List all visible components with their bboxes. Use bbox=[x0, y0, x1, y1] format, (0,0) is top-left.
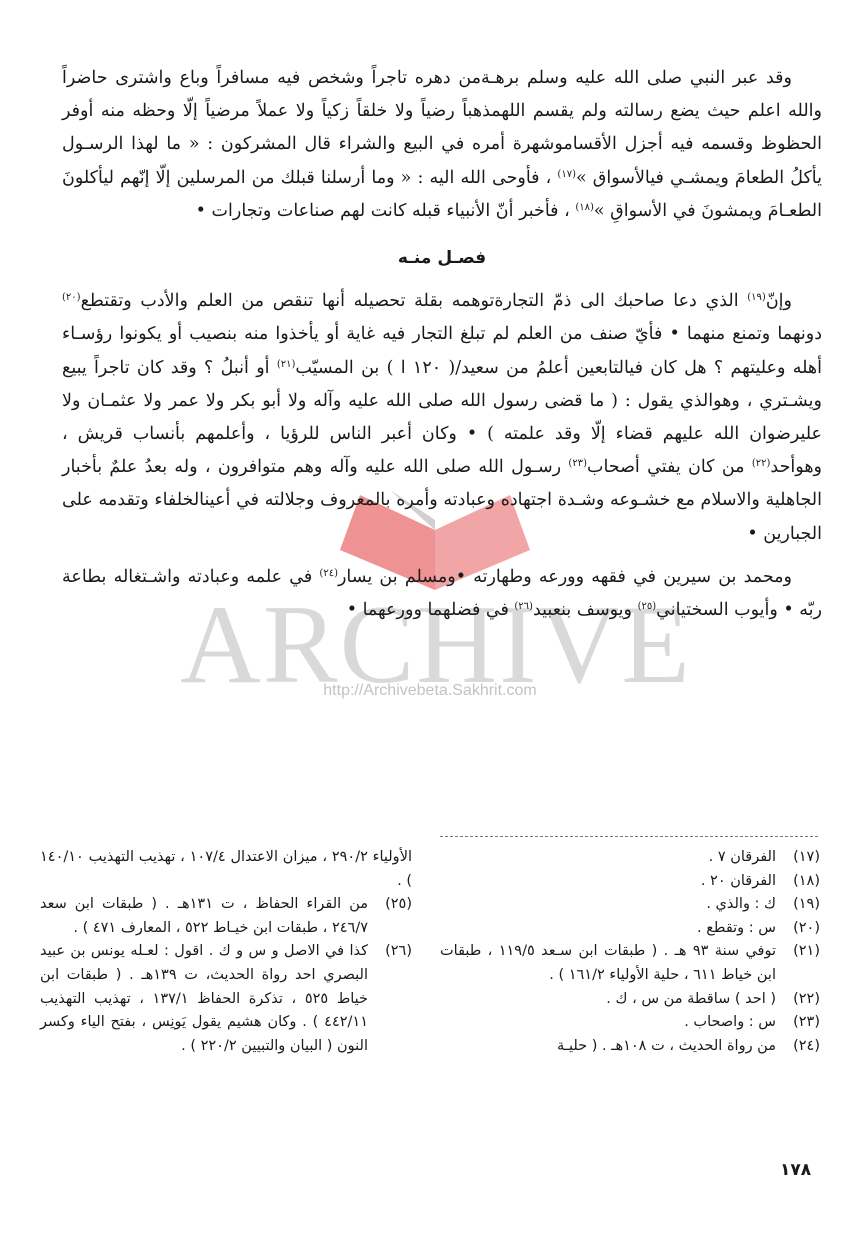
footnote-ref-23[interactable]: (٢٣) bbox=[568, 458, 587, 469]
footnote-number: (٢٠) bbox=[776, 917, 820, 941]
paragraph-text: ومحمد بن سيرين في فقهه وورعه وطهارته •وم… bbox=[338, 567, 792, 587]
footnote-text: من القراء الحفاظ ، ت ١٣١هـ . ( طبقات ابن… bbox=[40, 893, 368, 940]
footnote-ref-18[interactable]: (١٨) bbox=[575, 202, 594, 213]
footnote-ref-25[interactable]: (٢٥) bbox=[638, 601, 657, 612]
footnote-number: (٢٢) bbox=[776, 988, 820, 1012]
footnote-26: (٢٦)كذا في الاصل و س و ك . اقول : لعـله … bbox=[40, 940, 412, 1058]
footnote-22: (٢٢)( احد ) ساقطة من س ، ك . bbox=[440, 988, 820, 1012]
paragraph-text: الذي دعا صاحبك الى ذمّ التجارةتوهمه بقلة… bbox=[81, 291, 748, 311]
footnote-number: (١٨) bbox=[776, 870, 820, 894]
footnotes-left-column: الأولياء ٢٩٠/٢ ، ميزان الاعتدال ١٠٧/٤ ، … bbox=[40, 846, 412, 1058]
watermark-url: http://Archivebeta.Sakhrit.com bbox=[180, 682, 680, 700]
footnote-number: (١٩) bbox=[776, 893, 820, 917]
footnote-text: س : واصحاب . bbox=[440, 1011, 776, 1035]
footnote-text: الفرقان ٢٠ . bbox=[440, 870, 776, 894]
footnote-24: (٢٤)من رواة الحديث ، ت ١٠٨هـ . ( حليـة bbox=[440, 1035, 820, 1059]
footnote-24-continued: الأولياء ٢٩٠/٢ ، ميزان الاعتدال ١٠٧/٤ ، … bbox=[40, 846, 412, 893]
footnote-text: الفرقان ٧ . bbox=[440, 846, 776, 870]
footnote-ref-17[interactable]: (١٧) bbox=[557, 169, 576, 180]
footnote-ref-24[interactable]: (٢٤) bbox=[319, 568, 338, 579]
footnote-ref-21[interactable]: (٢١) bbox=[277, 359, 296, 370]
section-heading: فصـل منـه bbox=[62, 242, 822, 275]
paragraph-text: وإنّ bbox=[766, 291, 792, 311]
footnote-number: (٢٣) bbox=[776, 1011, 820, 1035]
footnote-text: توفي سنة ٩٣ هـ . ( طبقات ابن سـعد ١١٩/٥ … bbox=[440, 940, 776, 987]
footnote-number: (٢٦) bbox=[368, 940, 412, 1058]
footnote-text: من رواة الحديث ، ت ١٠٨هـ . ( حليـة bbox=[440, 1035, 776, 1059]
footnote-23: (٢٣)س : واصحاب . bbox=[440, 1011, 820, 1035]
paragraph-1: وقد عبر النبي صلى الله عليه وسلم برهـةمن… bbox=[62, 62, 822, 228]
footnote-divider bbox=[440, 836, 818, 837]
paragraph-text: ويوسف بنعبيد bbox=[533, 600, 638, 620]
main-body-text: وقد عبر النبي صلى الله عليه وسلم برهـةمن… bbox=[62, 62, 822, 627]
footnote-text: س : وتقطع . bbox=[440, 917, 776, 941]
page-number: ١٧٨ bbox=[780, 1160, 811, 1180]
footnote-text: ( احد ) ساقطة من س ، ك . bbox=[440, 988, 776, 1012]
footnote-ref-22[interactable]: (٢٢) bbox=[752, 458, 771, 469]
footnotes-right-column: (١٧)الفرقان ٧ . (١٨)الفرقان ٢٠ . (١٩)ك :… bbox=[440, 846, 820, 1058]
footnote-17: (١٧)الفرقان ٧ . bbox=[440, 846, 820, 870]
paragraph-2: وإنّ(١٩) الذي دعا صاحبك الى ذمّ التجارةت… bbox=[62, 285, 822, 551]
footnote-text: كذا في الاصل و س و ك . اقول : لعـله يونس… bbox=[40, 940, 368, 1058]
footnote-number: (٢٤) bbox=[776, 1035, 820, 1059]
paragraph-text: من كان يفتي أصحاب bbox=[587, 457, 752, 477]
footnote-number: (١٧) bbox=[776, 846, 820, 870]
footnote-25: (٢٥)من القراء الحفاظ ، ت ١٣١هـ . ( طبقات… bbox=[40, 893, 412, 940]
footnote-ref-19[interactable]: (١٩) bbox=[747, 292, 766, 303]
footnote-21: (٢١)توفي سنة ٩٣ هـ . ( طبقات ابن سـعد ١١… bbox=[440, 940, 820, 987]
footnote-ref-26[interactable]: (٢٦) bbox=[514, 601, 533, 612]
footnote-19: (١٩)ك : والذي . bbox=[440, 893, 820, 917]
footnote-18: (١٨)الفرقان ٢٠ . bbox=[440, 870, 820, 894]
book-page: ARCHIVE http://Archivebeta.Sakhrit.com و… bbox=[0, 0, 857, 1235]
paragraph-text: ، فأخبر أنّ الأنبياء قبله كانت لهم صناعا… bbox=[196, 201, 576, 221]
paragraph-text: في فضلهما وورعهما • bbox=[347, 600, 515, 620]
footnote-text: ك : والذي . bbox=[440, 893, 776, 917]
footnote-text: الأولياء ٢٩٠/٢ ، ميزان الاعتدال ١٠٧/٤ ، … bbox=[40, 846, 412, 893]
footnote-ref-20[interactable]: (٢٠) bbox=[62, 292, 81, 303]
footnote-number: (٢٥) bbox=[368, 893, 412, 940]
footnote-20: (٢٠)س : وتقطع . bbox=[440, 917, 820, 941]
paragraph-3: ومحمد بن سيرين في فقهه وورعه وطهارته •وم… bbox=[62, 561, 822, 627]
footnote-number: (٢١) bbox=[776, 940, 820, 987]
